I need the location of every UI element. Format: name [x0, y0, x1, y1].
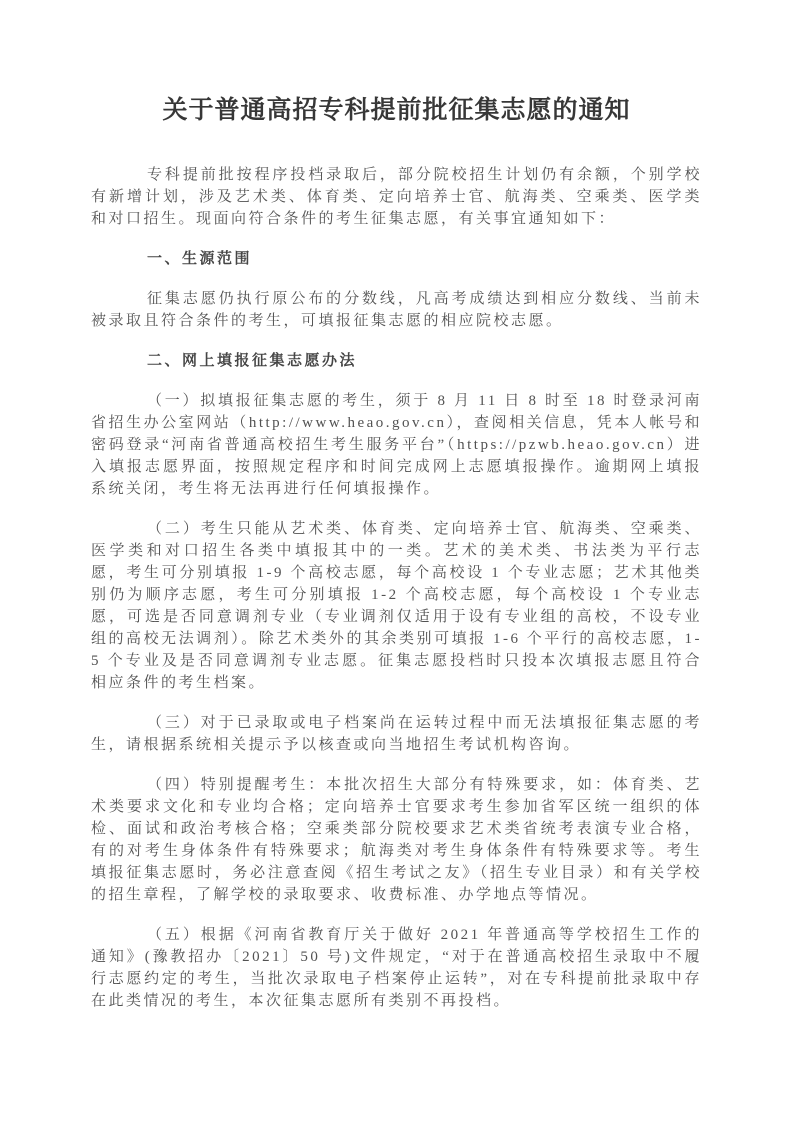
document-title: 关于普通高招专科提前批征集志愿的通知 — [91, 90, 702, 126]
section-heading-source-scope: 一、生源范围 — [91, 248, 702, 270]
source-scope-paragraph: 征集志愿仍执行原公布的分数线，凡高考成绩达到相应分数线、当前未被录取且符合条件的… — [91, 288, 702, 332]
method-paragraph-3: （三）对于已录取或电子档案尚在运转过程中而无法填报征集志愿的考生，请根据系统相关… — [91, 712, 702, 756]
intro-paragraph: 专科提前批按程序投档录取后，部分院校招生计划仍有余额，个别学校有新增计划，涉及艺… — [91, 164, 702, 230]
method-paragraph-4: （四）特别提醒考生：本批次招生大部分有特殊要求，如：体育类、艺术类要求文化和专业… — [91, 774, 702, 906]
notice-document-page: 关于普通高招专科提前批征集志愿的通知 专科提前批按程序投档录取后，部分院校招生计… — [0, 0, 793, 1122]
method-paragraph-5: （五）根据《河南省教育厅关于做好 2021 年普通高等学校招生工作的通知》(豫教… — [91, 924, 702, 1012]
method-paragraph-1: （一）拟填报征集志愿的考生，须于 8 月 11 日 8 时至 18 时登录河南省… — [91, 390, 702, 500]
method-paragraph-2: （二）考生只能从艺术类、体育类、定向培养士官、航海类、空乘类、医学类和对口招生各… — [91, 518, 702, 694]
section-heading-online-method: 二、网上填报征集志愿办法 — [91, 350, 702, 372]
